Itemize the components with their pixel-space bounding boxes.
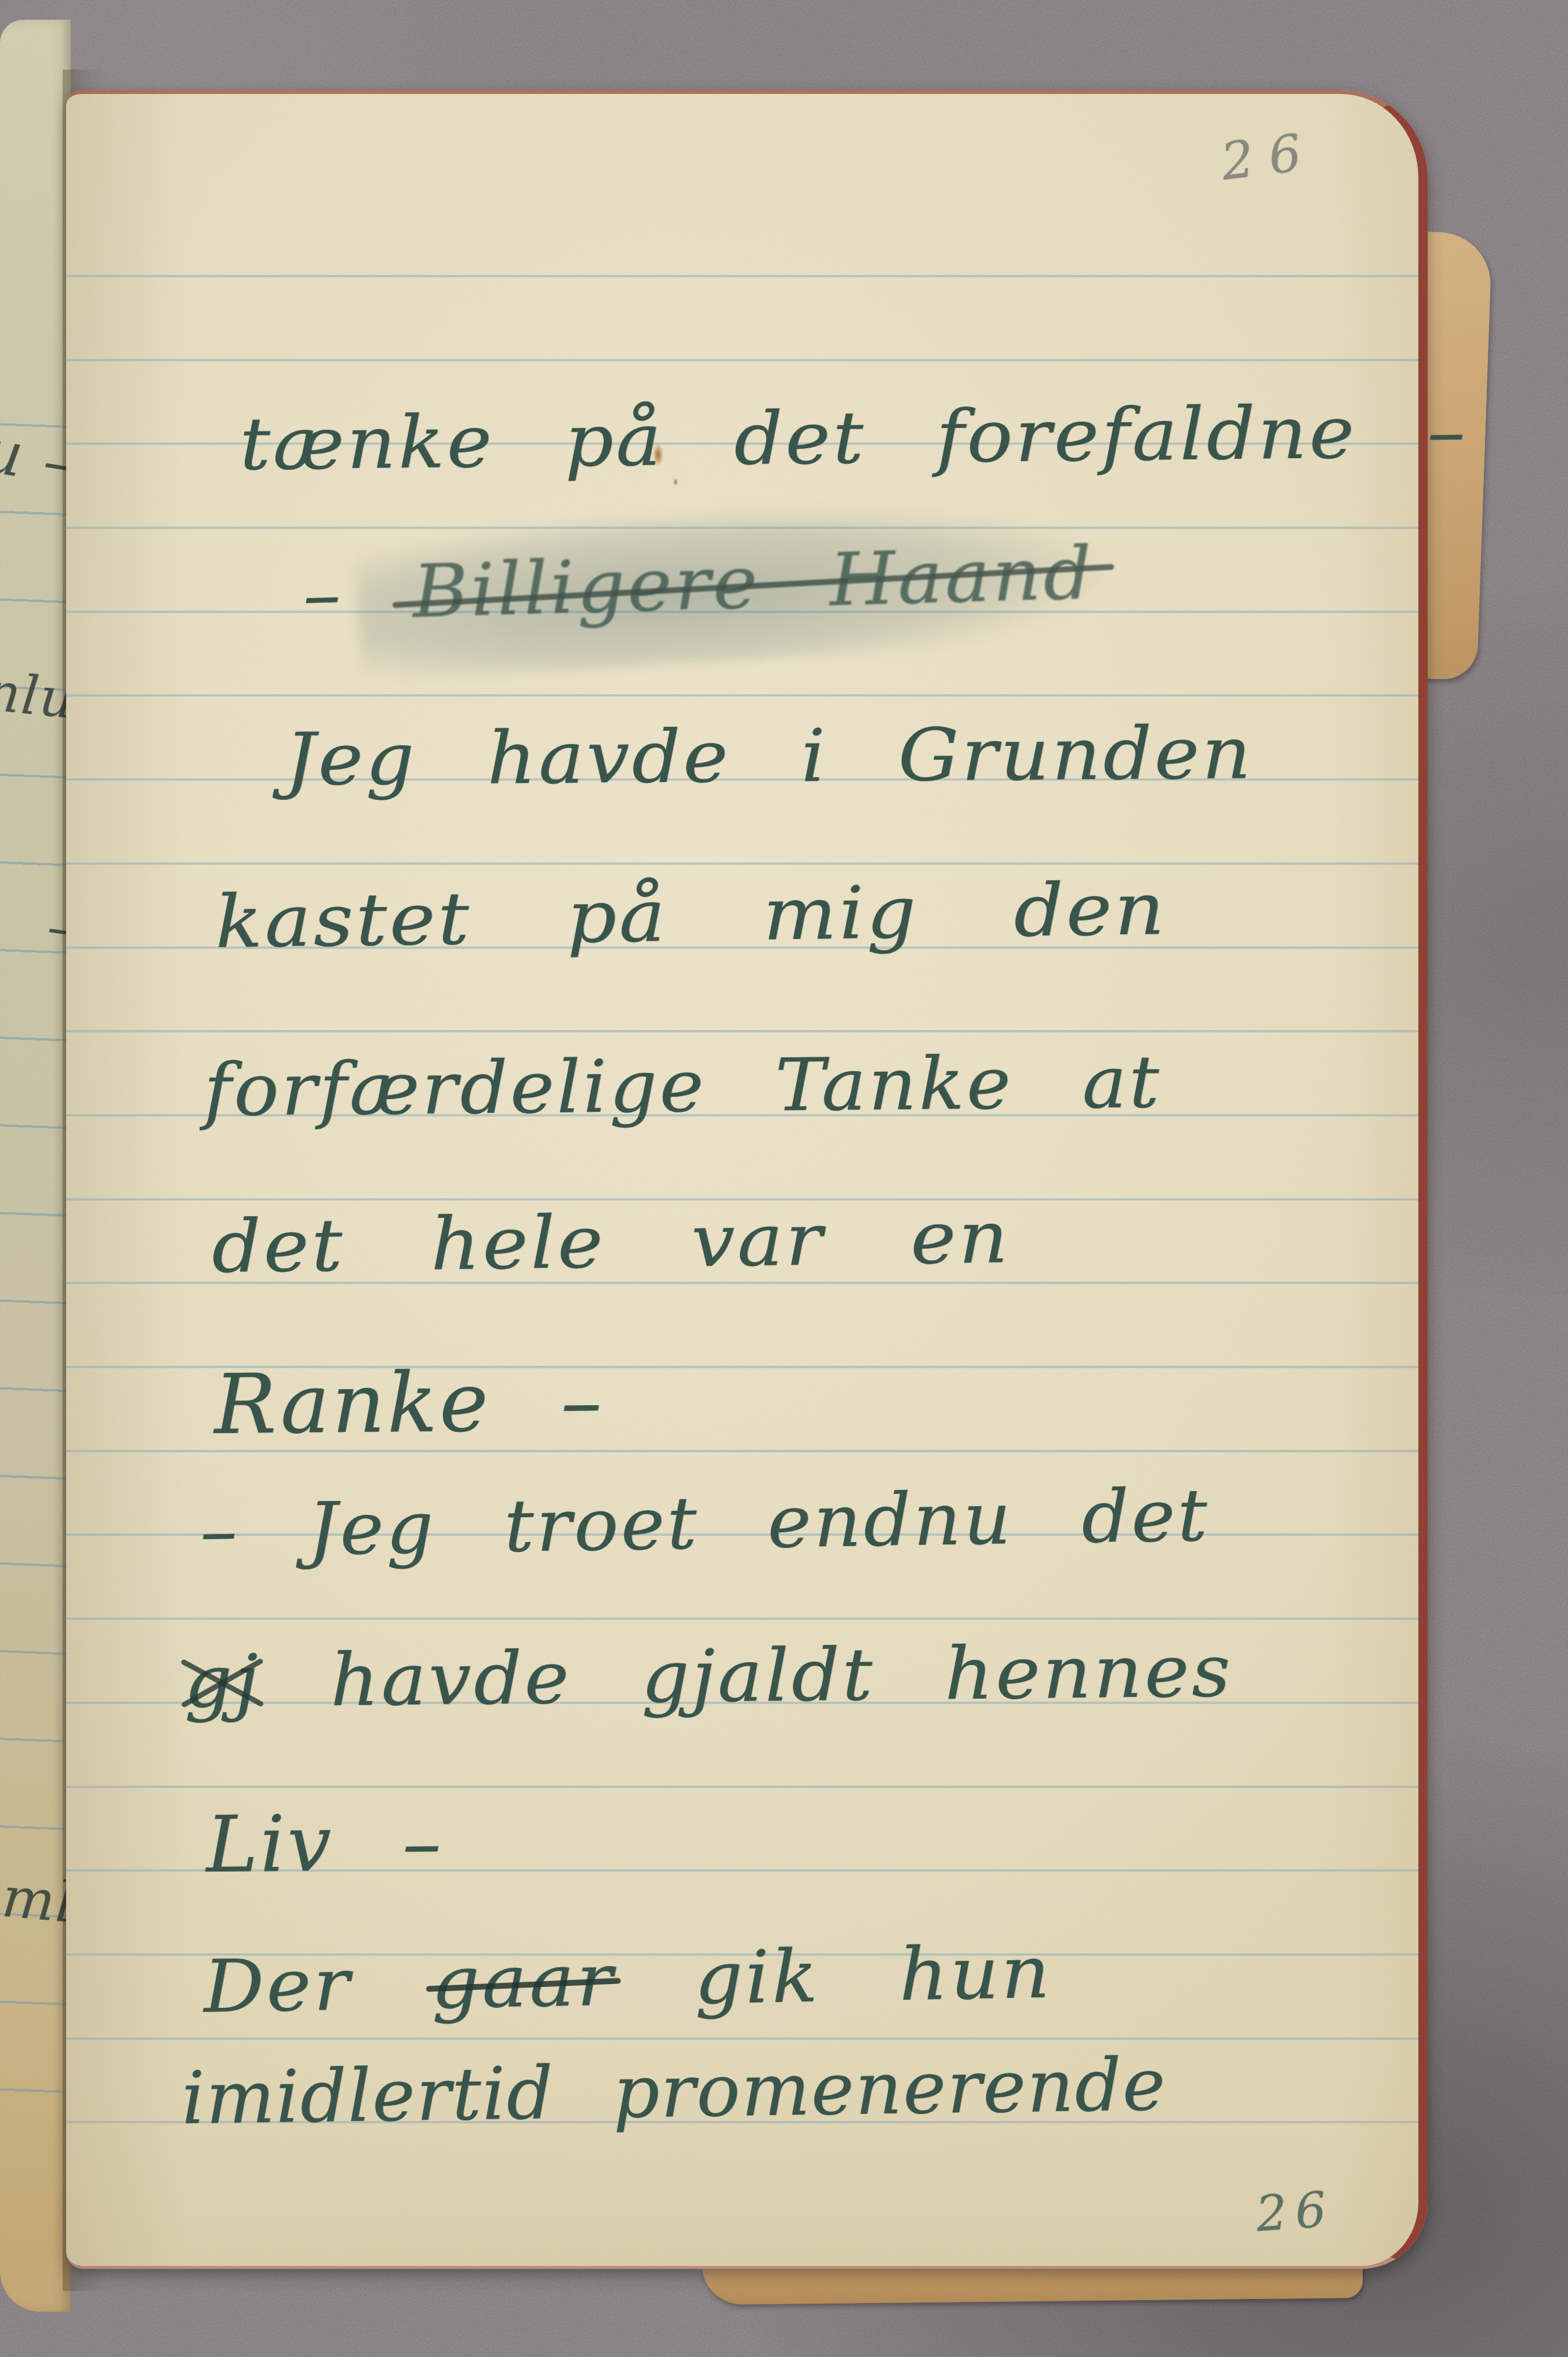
handwriting-line: – Jeg troet endnu det [199, 1480, 1210, 1568]
handwriting-text: kastet på mig den [215, 867, 1167, 964]
handwriting-fragment: g ml [0, 1865, 71, 1931]
handwriting-line: Ranke – [214, 1361, 605, 1446]
handwriting-text: havde gjaldt hennes [260, 1629, 1233, 1724]
handwriting-fragment: nlu [0, 665, 71, 727]
rust-stain [673, 478, 678, 486]
handwriting-text: – Jeg troet endnu det [199, 1474, 1210, 1573]
handwriting-line-struck-smudged: – Billigere Haand [302, 537, 1095, 632]
handwriting-line: kastet på mig den [215, 873, 1167, 959]
photograph-of-notebook-page: { "page": { "number_top": "26", "number_… [0, 0, 1568, 2357]
page-number-bottom: 26 [1254, 2180, 1336, 2242]
handwriting-text: imidlertid promenerende [181, 2043, 1167, 2141]
handwriting-fragment: lu – [0, 418, 71, 495]
handwriting-line: tænke på det forefaldne – [239, 396, 1468, 481]
handwriting-line: Liv – [206, 1804, 444, 1884]
page-number-top: 26 [1218, 121, 1319, 191]
handwriting-text: – [302, 550, 413, 637]
rust-stain [653, 443, 663, 466]
struck-text: gj [184, 1645, 261, 1718]
notebook-page: 26 26 tænke på det forefaldne – – Billig… [66, 90, 1428, 2269]
handwriting-text: Der [203, 1941, 432, 2029]
handwriting-text: Jeg havde i Grunden [285, 711, 1254, 802]
handwriting-text: Liv – [206, 1797, 444, 1890]
handwriting-text: tænke på det forefaldne – [239, 390, 1468, 487]
struck-text: gaar [430, 1938, 616, 2026]
handwriting-line: imidlertid promenerende [181, 2048, 1167, 2135]
handwriting-text: forfærdelige Tanke at [204, 1040, 1162, 1133]
handwriting-text: gik hun [614, 1930, 1052, 2022]
handwriting-text: det hele var en [211, 1195, 1011, 1289]
handwriting-line: Jeg havde i Grunden [285, 717, 1253, 796]
handwriting-line: gj havde gjaldt hennes [184, 1635, 1233, 1718]
handwriting-line: det hele var en [211, 1201, 1011, 1283]
handwriting-text: Ranke – [214, 1354, 605, 1453]
handwriting-line: Der gaar gik hun [203, 1936, 1052, 2024]
adjacent-page-edge: lu – nlu – g ml [0, 20, 71, 2312]
handwriting-line: forfærdelige Tanke at [204, 1046, 1162, 1127]
